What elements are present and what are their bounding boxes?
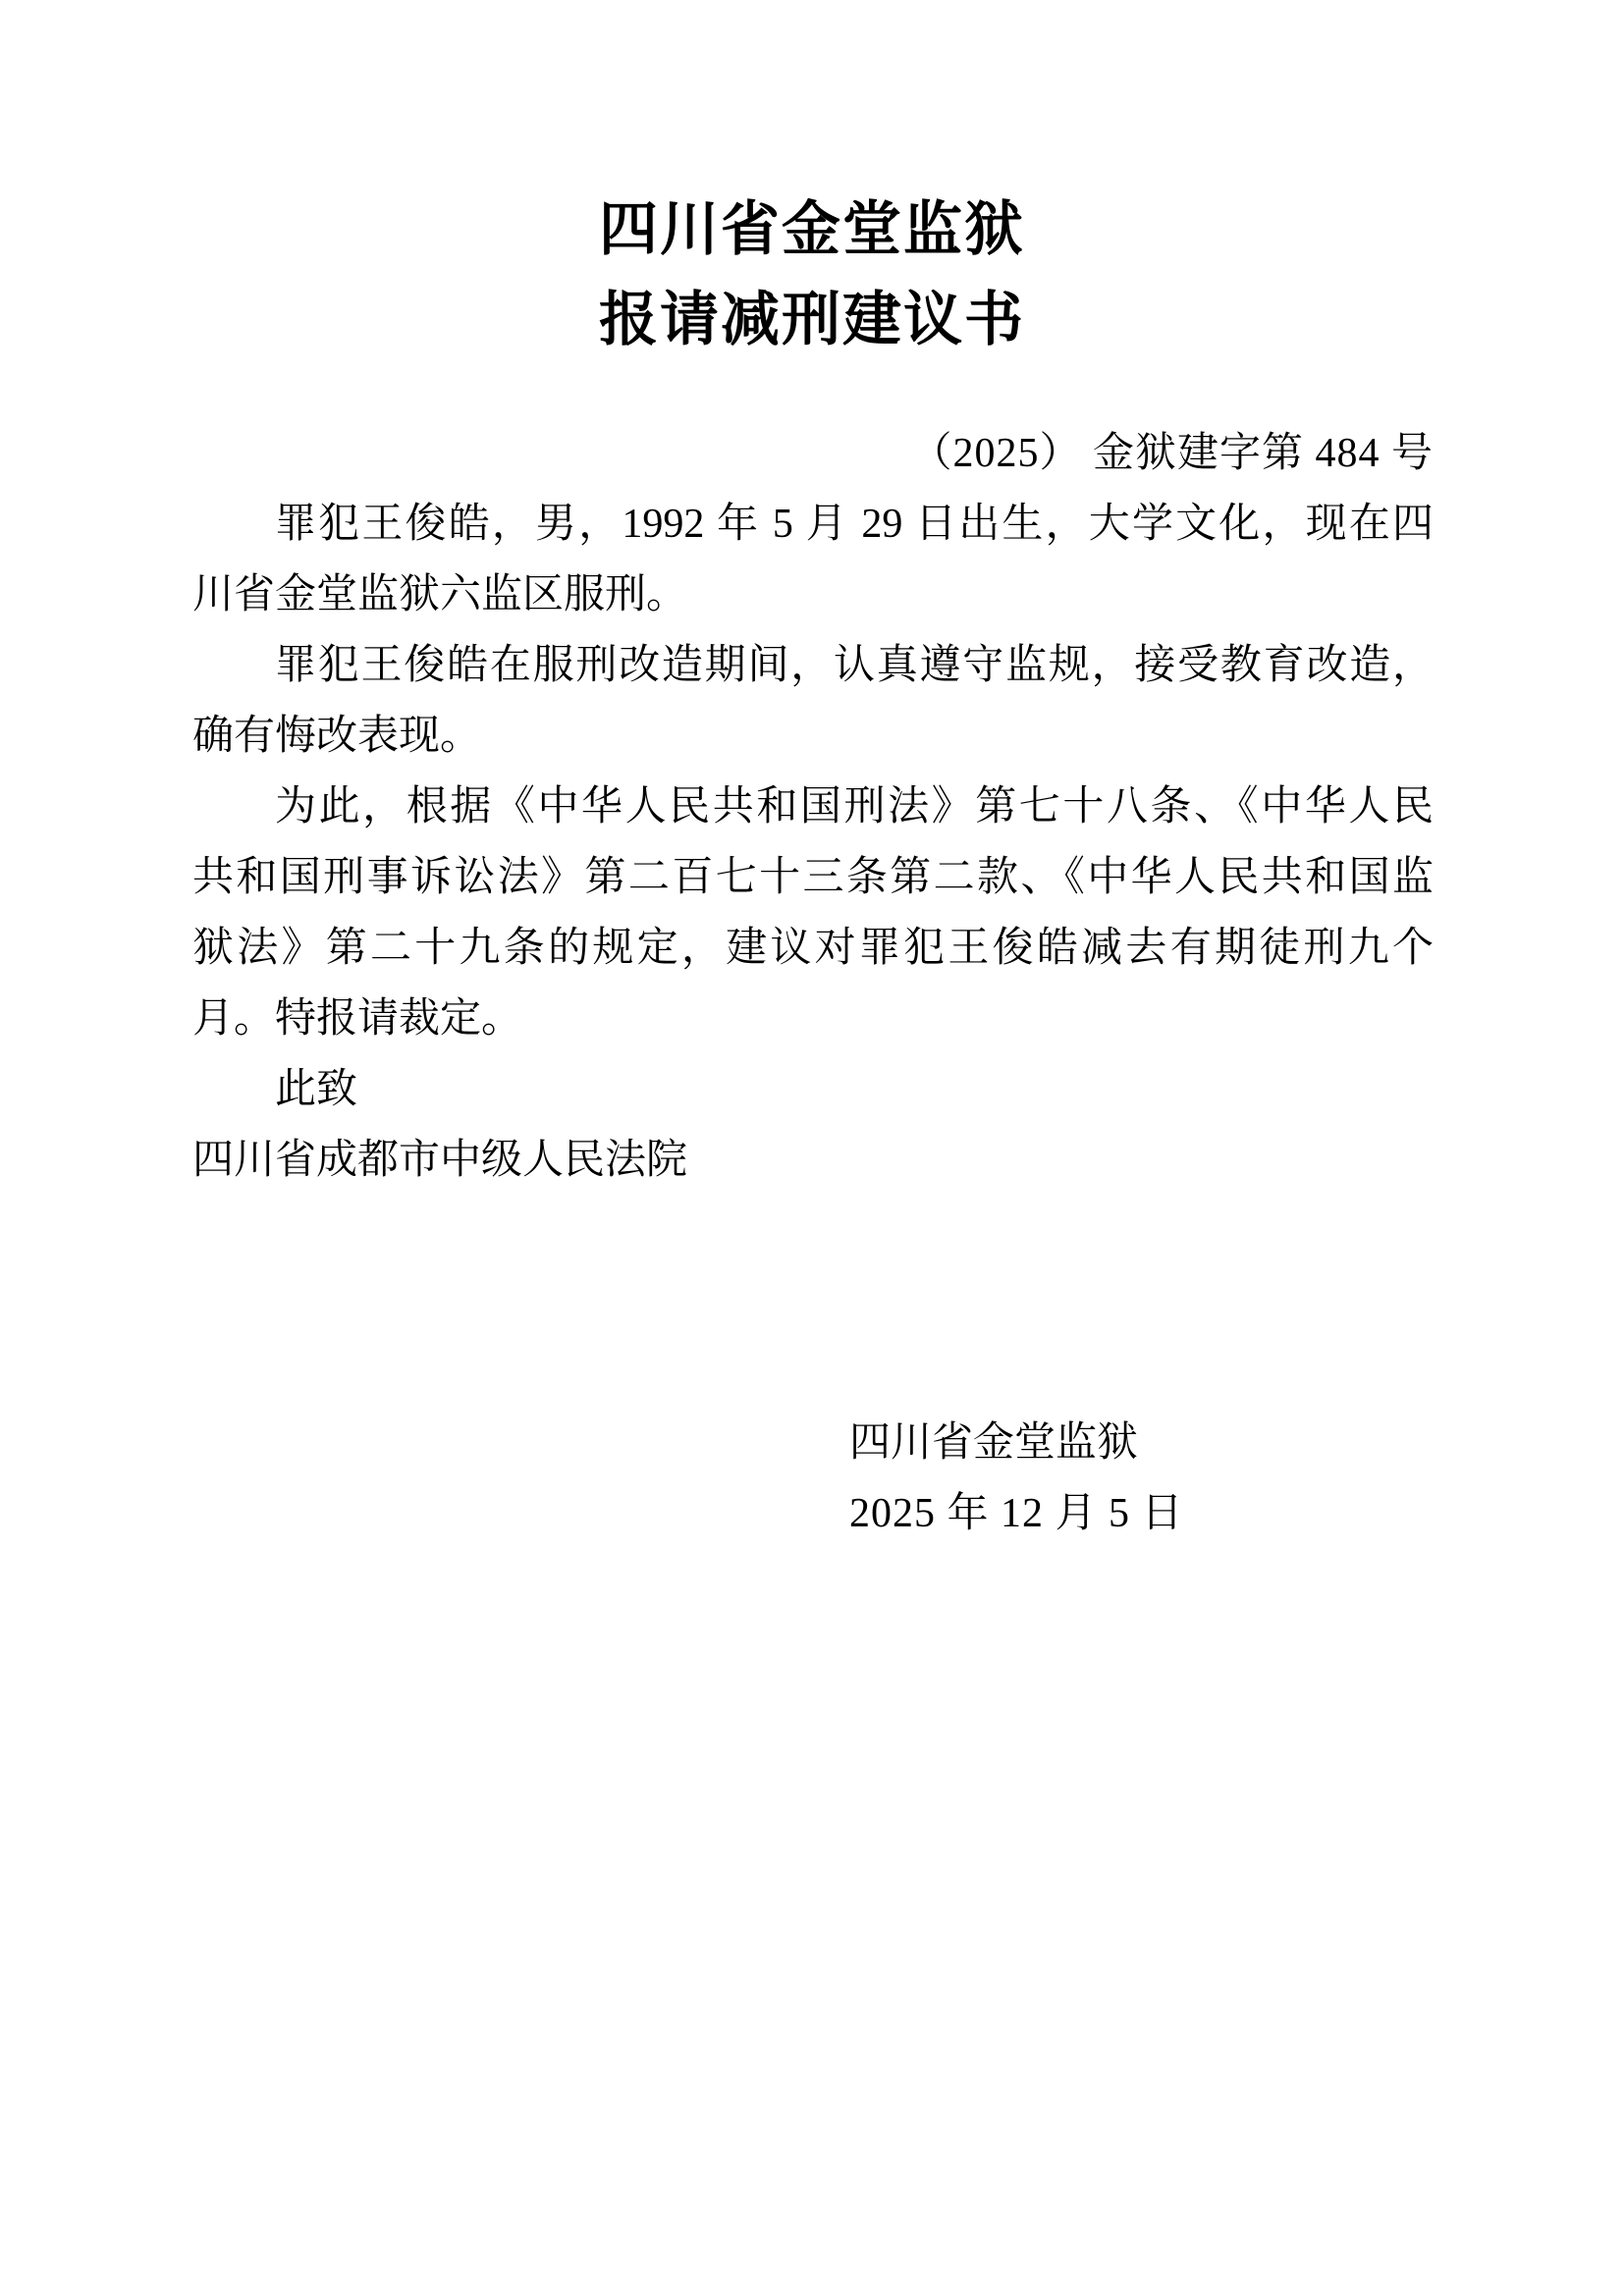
paragraph-2-line-2: 确有悔改表现。	[192, 701, 1434, 772]
document-title-line1: 四川省金堂监狱	[0, 185, 1624, 275]
signature-org: 四川省金堂监狱	[192, 1408, 1434, 1478]
signature-date: 2025 年 12 月 5 日	[192, 1478, 1434, 1549]
document-page: 四川省金堂监狱 报请减刑建议书 （2025） 金狱建字第 484 号 罪犯王俊皓…	[0, 0, 1624, 2296]
paragraph-3-line-2: 共和国刑事诉讼法》第二百七十三条第二款、《中华人民共和国监	[192, 842, 1434, 913]
paragraph-3-line-1: 为此，根据《中华人民共和国刑法》第七十八条、《中华人民	[192, 772, 1434, 842]
salutation: 此致	[192, 1054, 1434, 1125]
signature-block: 四川省金堂监狱 2025 年 12 月 5 日	[192, 1408, 1434, 1549]
document-title-line2: 报请减刑建议书	[0, 275, 1624, 365]
paragraph-1-line-2: 川省金堂监狱六监区服刑。	[192, 560, 1434, 630]
doc-number: （2025） 金狱建字第 484 号	[192, 418, 1434, 489]
document-body: （2025） 金狱建字第 484 号 罪犯王俊皓，男，1992 年 5 月 29…	[192, 418, 1434, 1549]
paragraph-3-line-4: 月。特报请裁定。	[192, 984, 1434, 1054]
document-title: 四川省金堂监狱 报请减刑建议书	[0, 185, 1624, 365]
paragraph-2-line-1: 罪犯王俊皓在服刑改造期间，认真遵守监规，接受教育改造，	[192, 630, 1434, 701]
recipient-court: 四川省成都市中级人民法院	[192, 1125, 1434, 1196]
paragraph-3-line-3: 狱法》第二十九条的规定，建议对罪犯王俊皓减去有期徒刑九个	[192, 913, 1434, 984]
paragraph-1-line-1: 罪犯王俊皓，男，1992 年 5 月 29 日出生，大学文化，现在四	[192, 489, 1434, 560]
